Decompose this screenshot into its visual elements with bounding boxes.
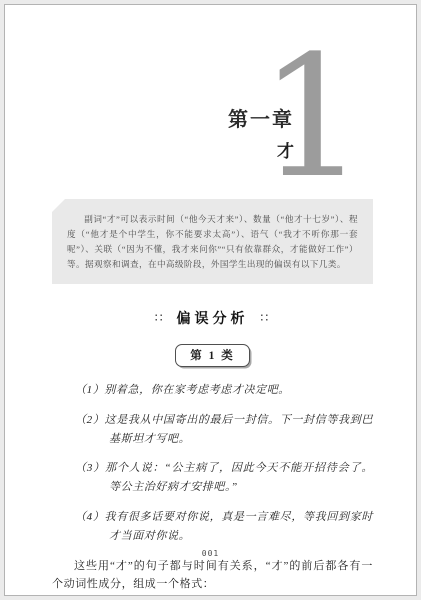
example-number: （2） xyxy=(75,414,105,426)
example-text: 别着急，你在家考虑考虑才决定吧。 xyxy=(104,384,290,396)
category-badge-row: 第 1 类 xyxy=(52,344,373,367)
example-number: （1） xyxy=(75,384,104,396)
section-decor-right-icon: ∷ xyxy=(261,311,271,325)
example-item: （4）我有很多话要对你说，真是一言难尽，等我回到家时才当面对你说。 xyxy=(75,508,373,546)
example-number: （3） xyxy=(75,462,105,474)
section-heading: ∷ 偏误分析 ∷ xyxy=(52,308,373,328)
section-title: 偏误分析 xyxy=(177,310,249,326)
chapter-label: 第一章 xyxy=(228,103,294,132)
section-decor-left-icon: ∷ xyxy=(155,311,165,325)
example-number: （4） xyxy=(75,511,105,523)
chapter-title: 才 xyxy=(277,137,294,162)
category-badge: 第 1 类 xyxy=(175,344,250,367)
examples-list: （1）别着急，你在家考虑考虑才决定吧。 （2）这是我从中国寄出的最后一封信。下一… xyxy=(52,381,373,546)
example-item: （3）那个人说：“公主病了，因此今天不能开招待会了。等公主治好病才安排吧。” xyxy=(75,459,373,497)
intro-box: 副词“才”可以表示时间（“他今天才来”）、数量（“他才十七岁”）、程度（“他才是… xyxy=(52,199,373,284)
intro-text: 副词“才”可以表示时间（“他今天才来”）、数量（“他才十七岁”）、程度（“他才是… xyxy=(67,212,358,272)
page-content: 副词“才”可以表示时间（“他今天才来”）、数量（“他才十七岁”）、程度（“他才是… xyxy=(52,199,373,594)
viewer-background: 1 第一章 才 副词“才”可以表示时间（“他今天才来”）、数量（“他才十七岁”）… xyxy=(0,0,421,600)
book-page: 1 第一章 才 副词“才”可以表示时间（“他今天才来”）、数量（“他才十七岁”）… xyxy=(4,4,417,596)
example-item: （1）别着急，你在家考虑考虑才决定吧。 xyxy=(75,381,373,400)
example-text: 那个人说：“公主病了，因此今天不能开招待会了。等公主治好病才安排吧。” xyxy=(105,462,373,493)
closing-paragraph: 这些用“才”的句子都与时间有关系，“才”的前后都各有一个动词性成分，组成一个格式… xyxy=(52,557,373,595)
example-item: （2）这是我从中国寄出的最后一封信。下一封信等我到巴基斯坦才写吧。 xyxy=(75,411,373,449)
example-text: 我有很多话要对你说，真是一言难尽，等我回到家时才当面对你说。 xyxy=(105,511,373,542)
page-number: 001 xyxy=(5,549,416,558)
example-text: 这是我从中国寄出的最后一封信。下一封信等我到巴基斯坦才写吧。 xyxy=(105,414,373,445)
